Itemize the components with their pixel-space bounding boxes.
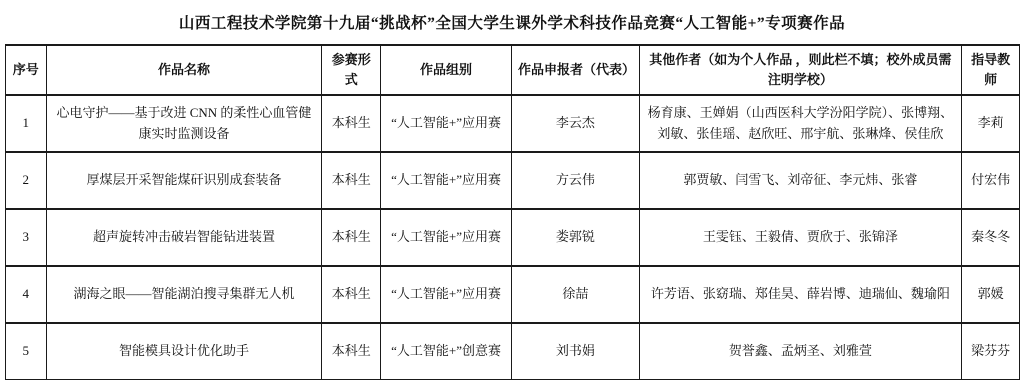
table-row: 1 心电守护——基于改进 CNN 的柔性心血管健康实时监测设备 本科生 “人工智… (6, 95, 1020, 152)
table-row: 5 智能模具设计优化助手 本科生 “人工智能+”创意赛 刘书娟 贺誉鑫、孟炳圣、… (6, 323, 1020, 380)
cell-applicant: 娄郭锐 (511, 209, 639, 266)
cell-form: 本科生 (322, 152, 381, 209)
page-title: 山西工程技术学院第十九届“挑战杯”全国大学生课外学术科技作品竞赛“人工智能+”专… (0, 0, 1024, 44)
cell-work-name: 心电守护——基于改进 CNN 的柔性心血管健康实时监测设备 (46, 95, 322, 152)
cell-group: “人工智能+”应用赛 (381, 152, 512, 209)
entries-table: 序号 作品名称 参赛形式 作品组别 作品申报者（代表） 其他作者（如为个人作品 … (5, 44, 1020, 380)
cell-form: 本科生 (322, 266, 381, 323)
cell-serial: 1 (6, 95, 47, 152)
cell-applicant: 方云伟 (511, 152, 639, 209)
cell-group: “人工智能+”应用赛 (381, 209, 512, 266)
cell-serial: 3 (6, 209, 47, 266)
header-advisor: 指导教师 (962, 45, 1020, 95)
cell-form: 本科生 (322, 95, 381, 152)
cell-group: “人工智能+”应用赛 (381, 95, 512, 152)
cell-applicant: 徐喆 (511, 266, 639, 323)
cell-work-name: 智能模具设计优化助手 (46, 323, 322, 380)
cell-advisor: 李莉 (962, 95, 1020, 152)
cell-others: 贺誉鑫、孟炳圣、刘雅萱 (639, 323, 961, 380)
cell-work-name: 超声旋转冲击破岩智能钻进装置 (46, 209, 322, 266)
table-row: 3 超声旋转冲击破岩智能钻进装置 本科生 “人工智能+”应用赛 娄郭锐 王雯钰、… (6, 209, 1020, 266)
header-others: 其他作者（如为个人作品 ，则此栏不填；校外成员需注明学校） (639, 45, 961, 95)
cell-work-name: 湖海之眼——智能湖泊搜寻集群无人机 (46, 266, 322, 323)
header-form: 参赛形式 (322, 45, 381, 95)
cell-others: 王雯钰、王毅倩、贾欣于、张锦泽 (639, 209, 961, 266)
cell-advisor: 秦冬冬 (962, 209, 1020, 266)
table-header-row: 序号 作品名称 参赛形式 作品组别 作品申报者（代表） 其他作者（如为个人作品 … (6, 45, 1020, 95)
table-row: 4 湖海之眼——智能湖泊搜寻集群无人机 本科生 “人工智能+”应用赛 徐喆 许芳… (6, 266, 1020, 323)
cell-serial: 2 (6, 152, 47, 209)
header-work-name: 作品名称 (46, 45, 322, 95)
cell-group: “人工智能+”应用赛 (381, 266, 512, 323)
cell-advisor: 郭媛 (962, 266, 1020, 323)
cell-advisor: 付宏伟 (962, 152, 1020, 209)
cell-form: 本科生 (322, 323, 381, 380)
cell-group: “人工智能+”创意赛 (381, 323, 512, 380)
cell-serial: 4 (6, 266, 47, 323)
header-group: 作品组别 (381, 45, 512, 95)
cell-others: 许芳语、张窈瑞、郑佳昊、薛岩博、迪瑞仙、魏瑜阳 (639, 266, 961, 323)
cell-others: 郭贾敏、闫雪飞、刘帝征、李元炜、张睿 (639, 152, 961, 209)
cell-work-name: 厚煤层开采智能煤矸识别成套装备 (46, 152, 322, 209)
header-applicant: 作品申报者（代表） (511, 45, 639, 95)
cell-others: 杨育康、王婵娟（山西医科大学汾阳学院）、张博翔、刘敏、张佳瑶、赵欣旺、邢宇航、张… (639, 95, 961, 152)
cell-applicant: 李云杰 (511, 95, 639, 152)
cell-applicant: 刘书娟 (511, 323, 639, 380)
cell-form: 本科生 (322, 209, 381, 266)
header-serial: 序号 (6, 45, 47, 95)
table-row: 2 厚煤层开采智能煤矸识别成套装备 本科生 “人工智能+”应用赛 方云伟 郭贾敏… (6, 152, 1020, 209)
cell-serial: 5 (6, 323, 47, 380)
document-page: 山西工程技术学院第十九届“挑战杯”全国大学生课外学术科技作品竞赛“人工智能+”专… (0, 0, 1024, 380)
cell-advisor: 梁芬芬 (962, 323, 1020, 380)
